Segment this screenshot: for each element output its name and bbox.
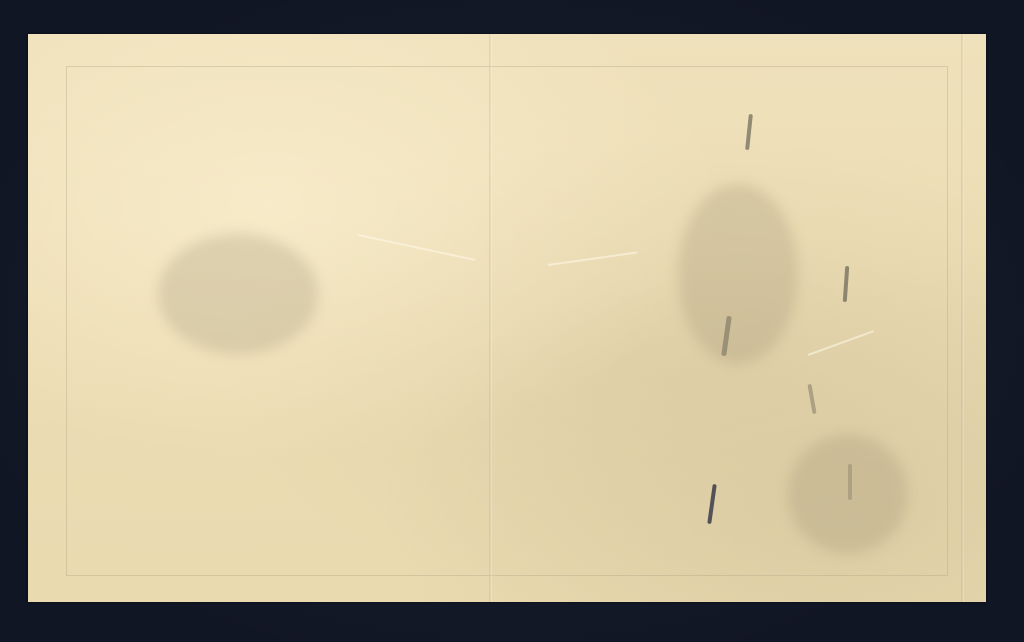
paper-note-back	[28, 34, 986, 602]
smudge	[158, 234, 318, 354]
smudge	[678, 184, 798, 364]
ink-mark	[848, 464, 852, 500]
center-fold	[489, 34, 492, 602]
right-edge-fold	[961, 34, 964, 602]
